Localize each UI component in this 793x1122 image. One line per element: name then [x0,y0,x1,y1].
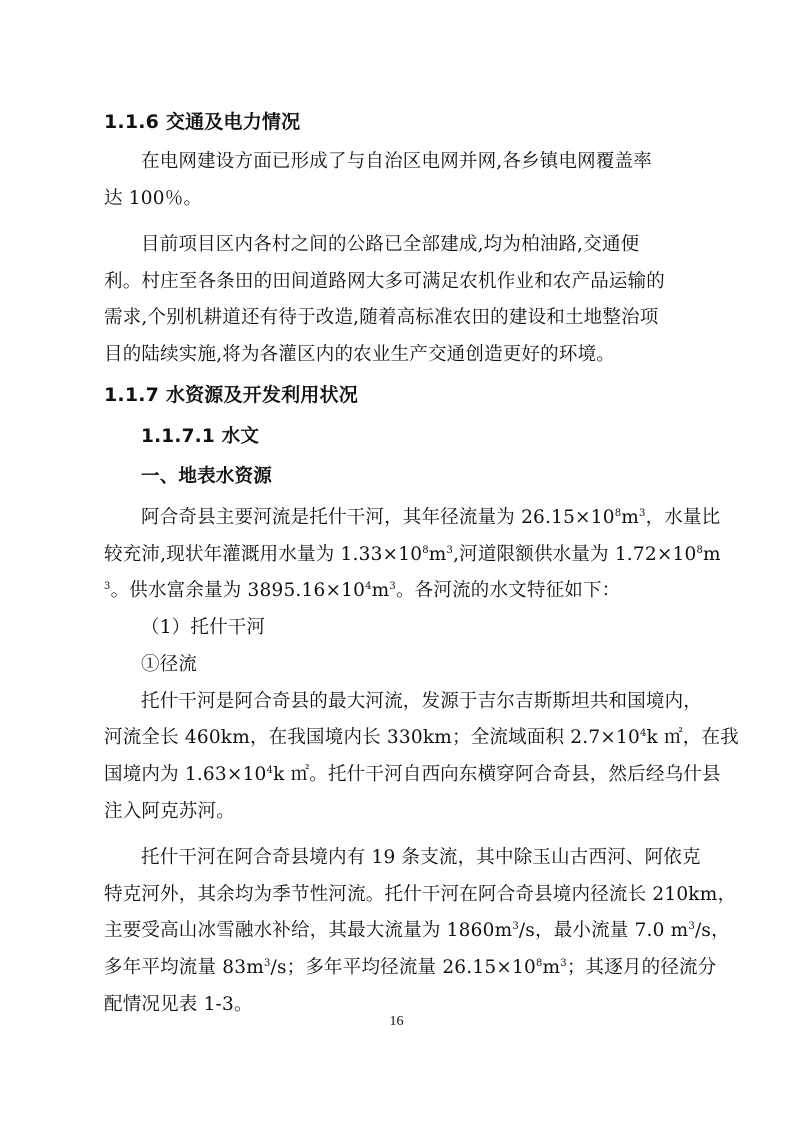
paragraph-line: 国境内为 1.63×104k ㎡。托什干河自西向东横穿阿合奇县，然后经乌什县 [104,763,721,787]
paragraph-line: 3。供水富余量为 3895.16×104m3。各河流的水文特征如下： [104,579,620,603]
paragraph-line: 需求,个别机耕道还有待于改造,随着高标准农田的建设和土地整治项 [104,306,658,330]
paragraph-line: 达 100％。 [104,187,202,211]
paragraph-line: 主要受高山冰雪融水补给，其最大流量为 1860m3/s，最小流量 7.0 m3/… [104,919,730,943]
paragraph-line: 阿合奇县主要河流是托什干河，其年径流量为 26.15×108m3，水量比 [141,506,720,530]
paragraph-line: 在电网建设方面已形成了与自治区电网并网,各乡镇电网覆盖率 [141,150,652,174]
paragraph-line: 多年平均流量 83m3/s；多年平均径流量 26.15×108m3；其逐月的径流… [104,956,716,980]
paragraph-line: 河流全长 460km，在我国境内长 330km；全流域面积 2.7×104k ㎡… [104,726,739,750]
heading-surface-water: 一、地表水资源 [141,465,272,489]
paragraph-line: 托什干河在阿合奇县境内有 19 条支流，其中除玉山古西河、阿依克 [141,846,701,870]
paragraph-line: 目前项目区内各村之间的公路已全部建成,均为柏油路,交通便 [141,233,639,257]
paragraph-line: 较充沛,现状年灌溉用水量为 1.33×108m3,河道限额供水量为 1.72×1… [104,543,721,567]
paragraph-line: 特克河外，其余均为季节性河流。托什干河在阿合奇县境内径流长 210km， [104,883,736,907]
subheading-runoff: ①径流 [141,653,197,677]
page-number: 16 [0,1014,793,1030]
heading-1-1-6: 1.1.6 交通及电力情况 [104,110,300,134]
heading-1-1-7: 1.1.7 水资源及开发利用状况 [104,383,358,407]
subheading-tuoshigan-river: （1）托什干河 [141,616,265,640]
paragraph-line: 托什干河是阿合奇县的最大河流，发源于吉尔吉斯斯坦共和国境内， [141,690,702,714]
heading-1-1-7-1: 1.1.7.1 水文 [141,425,259,449]
paragraph-line: 注入阿克苏河。 [104,800,235,824]
paragraph-line: 目的陆续实施,将为各灌区内的农业生产交通创造更好的环境。 [104,343,615,367]
paragraph-line: 利。村庄至各条田的田间道路网大多可满足农机作业和农产品运输的 [104,270,665,294]
